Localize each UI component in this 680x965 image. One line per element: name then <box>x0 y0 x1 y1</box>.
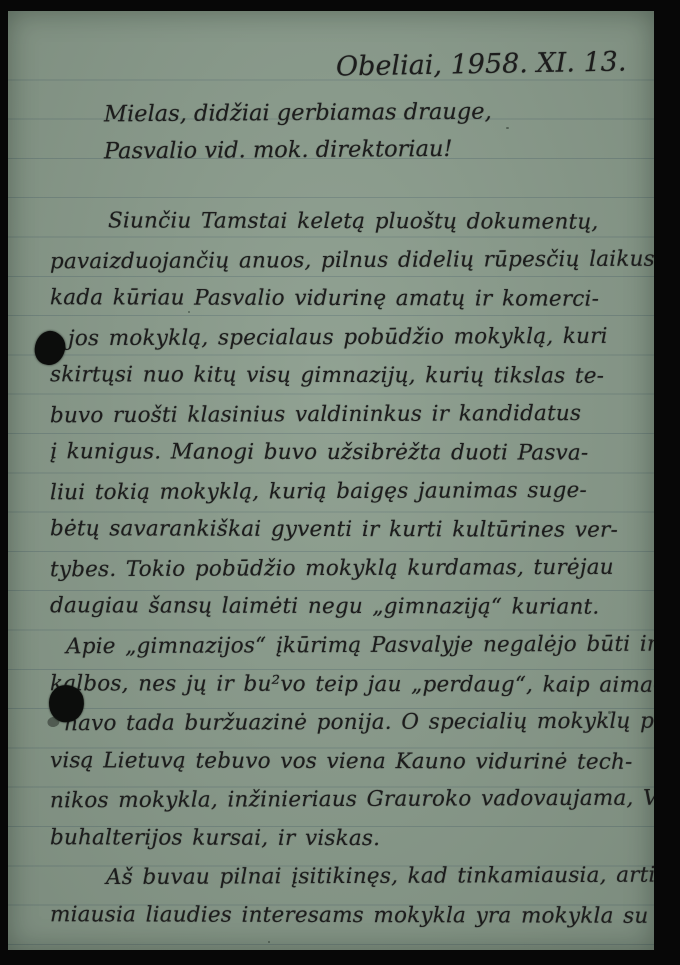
handwriting-line: buhalterijos kursai, ir viskas. <box>42 819 646 859</box>
handwriting-line: navo tada buržuazinė ponija. O specialių… <box>42 703 646 744</box>
handwriting-line: buvo ruošti klasinius valdininkus ir kan… <box>42 394 646 435</box>
handwriting-line: kada kūriau Pasvalio vidurinę amatų ir k… <box>42 279 646 319</box>
letter-paper: Obeliai, 1958. XI. 13. Mielas, didžiai g… <box>8 11 654 950</box>
handwriting-line: pavaizduojančių anuos, pilnus didelių rū… <box>42 240 646 281</box>
handwriting-line: kalbos, nes jų ir bu²vo teip jau „perdau… <box>42 665 646 705</box>
handwriting-line: Siunčiu Tamstai keletą pluoštų dokumentų… <box>42 202 646 242</box>
letter-body: Siunčiu Tamstai keletą pluoštų dokumentų… <box>42 203 646 935</box>
paper-speck <box>188 311 190 313</box>
letter-salutation: Mielas, didžiai gerbiamas drauge, Pasval… <box>104 95 492 169</box>
salutation-line: Pasvalio vid. mok. direktoriau! <box>104 131 492 171</box>
handwriting-line: bėtų savarankiškai gyventi ir kurti kult… <box>42 511 646 551</box>
handwriting-line: jos mokyklą, specialaus pobūdžio mokyklą… <box>42 317 646 358</box>
handwriting-line: Apie „gimnazijos“ įkūrimą Pasvalyje nega… <box>42 626 646 667</box>
handwriting-line: daugiau šansų laimėti negu „gimnaziją“ k… <box>42 588 646 628</box>
paper-speck <box>98 571 100 574</box>
handwriting-line: skirtųsi nuo kitų visų gimnazijų, kurių … <box>42 356 646 396</box>
handwriting-line: Aš buvau pilnai įsitikinęs, kad tinkamia… <box>42 857 646 898</box>
paper-speck <box>608 711 611 714</box>
handwriting-line: miausia liaudies interesams mokykla yra … <box>42 896 646 936</box>
handwriting-line: į kunigus. Manogi buvo užsibrėžta duoti … <box>42 433 646 473</box>
salutation-line: Mielas, didžiai gerbiamas drauge, <box>104 94 492 134</box>
paper-speck <box>268 941 270 943</box>
handwriting-line: visą Lietuvą tebuvo vos viena Kauno vidu… <box>42 742 646 782</box>
scanned-letter-page: Obeliai, 1958. XI. 13. Mielas, didžiai g… <box>0 0 680 965</box>
letter-dateline: Obeliai, 1958. XI. 13. <box>335 46 626 82</box>
handwriting-line: nikos mokykla, inžinieriaus Graurоko vad… <box>42 780 646 821</box>
handwriting-line: tybes. Tokio pobūdžio mokyklą kurdamas, … <box>42 549 646 590</box>
handwriting-line: liui tokią mokyklą, kurią baigęs jaunima… <box>42 472 646 513</box>
paper-speck <box>506 127 509 129</box>
